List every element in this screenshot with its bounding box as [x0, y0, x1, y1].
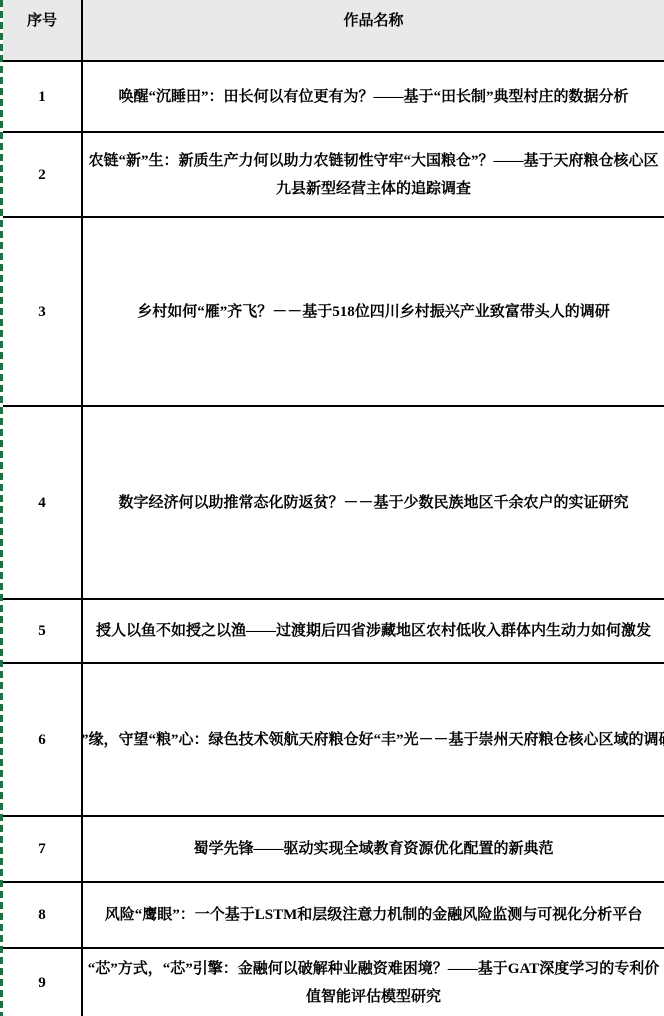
serial-cell[interactable]: 8	[3, 883, 83, 947]
title-cell[interactable]: 风险“鹰眼”：一个基于LSTM和层级注意力机制的金融风险监测与可视化分析平台	[83, 883, 664, 947]
page-break-line	[0, 0, 3, 1016]
title-cell[interactable]: 乡村如何“雁”齐飞？－－基于518位四川乡村振兴产业致富带头人的调研	[83, 218, 664, 405]
serial-cell[interactable]: 2	[3, 133, 83, 216]
serial-cell[interactable]: 7	[3, 817, 83, 881]
title-cell[interactable]: 结“粮”缘，守望“粮”心：绿色技术领航天府粮仓好“丰”光－－基于崇州天府粮仓核心…	[83, 664, 664, 815]
table-row: 8 风险“鹰眼”：一个基于LSTM和层级注意力机制的金融风险监测与可视化分析平台	[3, 883, 664, 949]
table-row: 9 “芯”方式，“芯”引擎：金融何以破解种业融资难困境？——基于GAT深度学习的…	[3, 949, 664, 1016]
title-cell[interactable]: 授人以鱼不如授之以渔——过渡期后四省涉藏地区农村低收入群体内生动力如何激发	[83, 600, 664, 662]
title-cell[interactable]: 农链“新”生：新质生产力何以助力农链韧性守牢“大国粮仓”？——基于天府粮仓核心区…	[83, 133, 664, 216]
title-cell[interactable]: 数字经济何以助推常态化防返贫？－－基于少数民族地区千余农户的实证研究	[83, 407, 664, 598]
serial-cell[interactable]: 9	[3, 949, 83, 1016]
table-row: 2 农链“新”生：新质生产力何以助力农链韧性守牢“大国粮仓”？——基于天府粮仓核…	[3, 133, 664, 218]
title-cell[interactable]: “芯”方式，“芯”引擎：金融何以破解种业融资难困境？——基于GAT深度学习的专利…	[83, 949, 664, 1016]
serial-cell[interactable]: 1	[3, 62, 83, 131]
header-cell-serial[interactable]: 序号	[3, 0, 83, 60]
works-table: 序号 作品名称 1 唤醒“沉睡田”：田长何以有位更有为？——基于“田长制”典型村…	[3, 0, 664, 1016]
table-row: 4 数字经济何以助推常态化防返贫？－－基于少数民族地区千余农户的实证研究	[3, 407, 664, 600]
spreadsheet-screenshot: 序号 作品名称 1 唤醒“沉睡田”：田长何以有位更有为？——基于“田长制”典型村…	[0, 0, 664, 1016]
header-cell-title[interactable]: 作品名称	[83, 0, 664, 60]
table-row: 1 唤醒“沉睡田”：田长何以有位更有为？——基于“田长制”典型村庄的数据分析	[3, 62, 664, 133]
serial-cell[interactable]: 4	[3, 407, 83, 598]
title-cell[interactable]: 蜀学先锋——驱动实现全域教育资源优化配置的新典范	[83, 817, 664, 881]
table-header-row: 序号 作品名称	[3, 0, 664, 62]
table-row: 5 授人以鱼不如授之以渔——过渡期后四省涉藏地区农村低收入群体内生动力如何激发	[3, 600, 664, 664]
table-row: 6 结“粮”缘，守望“粮”心：绿色技术领航天府粮仓好“丰”光－－基于崇州天府粮仓…	[3, 664, 664, 817]
table-row: 7 蜀学先锋——驱动实现全域教育资源优化配置的新典范	[3, 817, 664, 883]
serial-cell[interactable]: 5	[3, 600, 83, 662]
title-cell[interactable]: 唤醒“沉睡田”：田长何以有位更有为？——基于“田长制”典型村庄的数据分析	[83, 62, 664, 131]
serial-cell[interactable]: 6	[3, 664, 83, 815]
table-row: 3 乡村如何“雁”齐飞？－－基于518位四川乡村振兴产业致富带头人的调研	[3, 218, 664, 407]
serial-cell[interactable]: 3	[3, 218, 83, 405]
